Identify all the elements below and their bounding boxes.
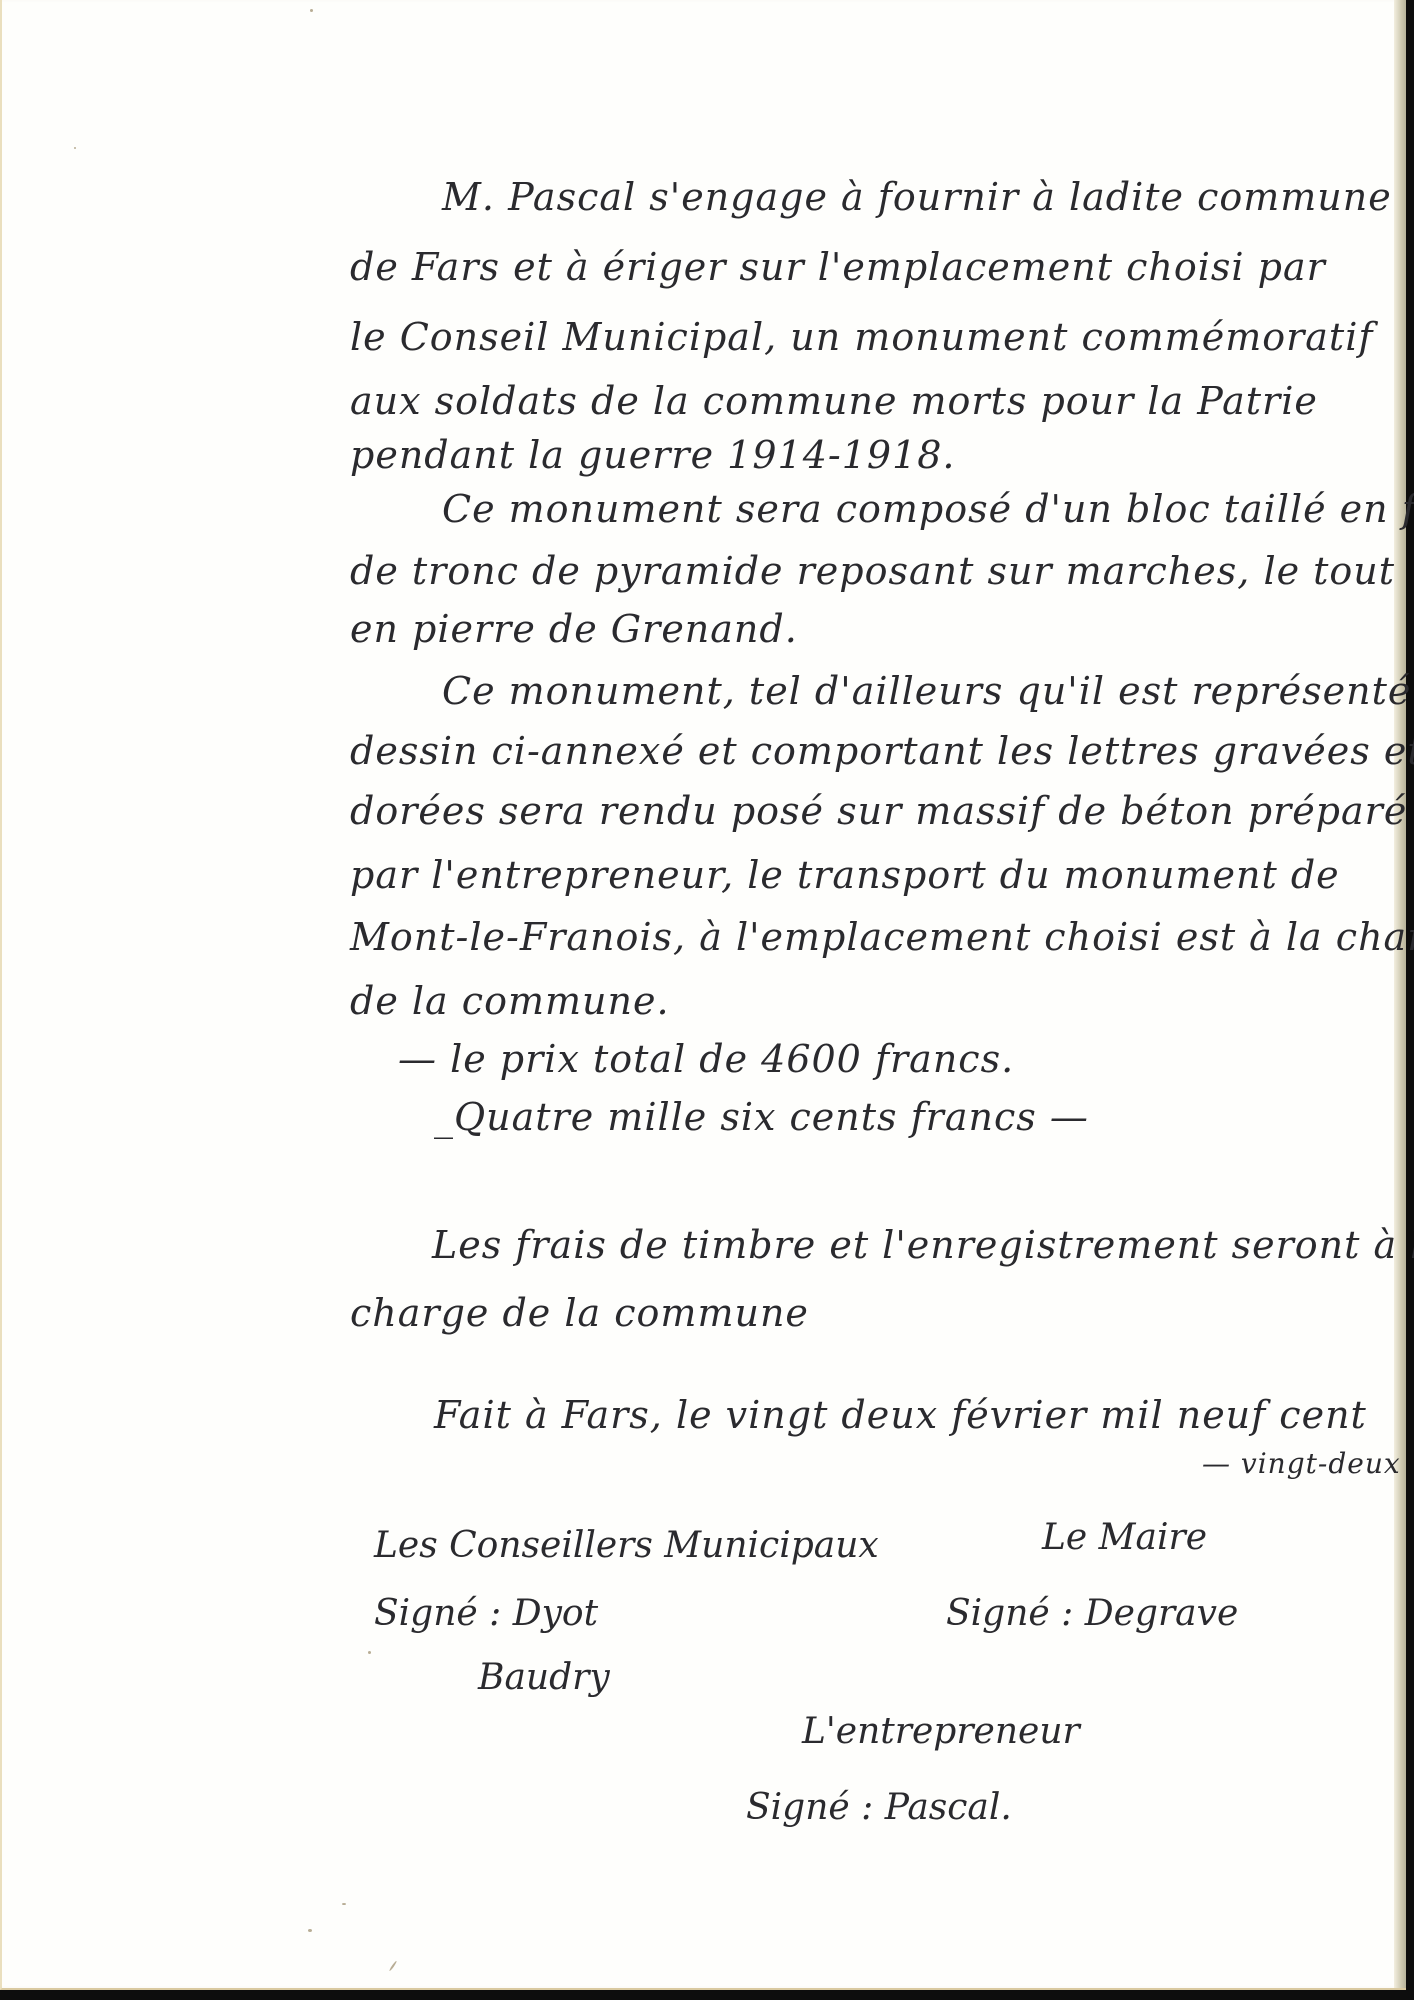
paper-speck (389, 1961, 398, 1972)
paper-speck (368, 1651, 371, 1654)
contractor-title: L'entrepreneur (802, 1714, 1080, 1750)
text-line: Ce monument, tel d'ailleurs qu'il est re… (442, 672, 1414, 710)
councillors-title: Les Conseillers Municipaux (374, 1528, 879, 1564)
paper-speck (74, 147, 76, 149)
price-line: — le prix total de 4600 francs. (398, 1040, 1014, 1078)
text-line: par l'entrepreneur, le transport du monu… (350, 856, 1340, 894)
handwritten-page: M. Pascal s'engage à fournir à ladite co… (0, 0, 1406, 1990)
text-line: aux soldats de la commune morts pour la … (350, 382, 1318, 420)
text-line: de tronc de pyramide reposant sur marche… (350, 552, 1395, 590)
date-line: Fait à Fars, le vingt deux février mil n… (434, 1396, 1367, 1434)
text-line: dessin ci-annexé et comportant les lettr… (350, 732, 1414, 770)
text-line: Les frais de timbre et l'enregistrement … (432, 1226, 1414, 1264)
text-line: en pierre de Grenand. (350, 610, 798, 648)
text-line: de la commune. (350, 982, 670, 1020)
councillor-signature-baudry: Baudry (478, 1660, 610, 1696)
mayor-title: Le Maire (1042, 1520, 1207, 1556)
text-line: pendant la guerre 1914-1918. (350, 436, 956, 474)
text-line: charge de la commune (350, 1294, 809, 1332)
text-line: dorées sera rendu posé sur massif de bét… (350, 792, 1407, 830)
text-line: le Conseil Municipal, un monument commém… (350, 318, 1373, 356)
price-words-line: _Quatre mille six cents francs — (434, 1098, 1089, 1136)
councillor-signature-dyot: Signé : Dyot (374, 1596, 598, 1632)
text-line: de Fars et à ériger sur l'emplacement ch… (350, 248, 1326, 286)
contractor-signature: Signé : Pascal. (746, 1790, 1012, 1826)
text-line: Ce monument sera composé d'un bloc taill… (442, 490, 1414, 528)
date-line-continuation: — vingt-deux (1202, 1450, 1401, 1478)
text-line: Mont-le-Franois, à l'emplacement choisi … (350, 918, 1414, 956)
paper-speck (310, 9, 313, 12)
text-line: M. Pascal s'engage à fournir à ladite co… (442, 178, 1392, 216)
paper-speck (308, 1929, 312, 1932)
paper-speck (342, 1903, 346, 1905)
mayor-signature: Signé : Degrave (946, 1596, 1238, 1632)
paper-edge (1394, 0, 1406, 1988)
